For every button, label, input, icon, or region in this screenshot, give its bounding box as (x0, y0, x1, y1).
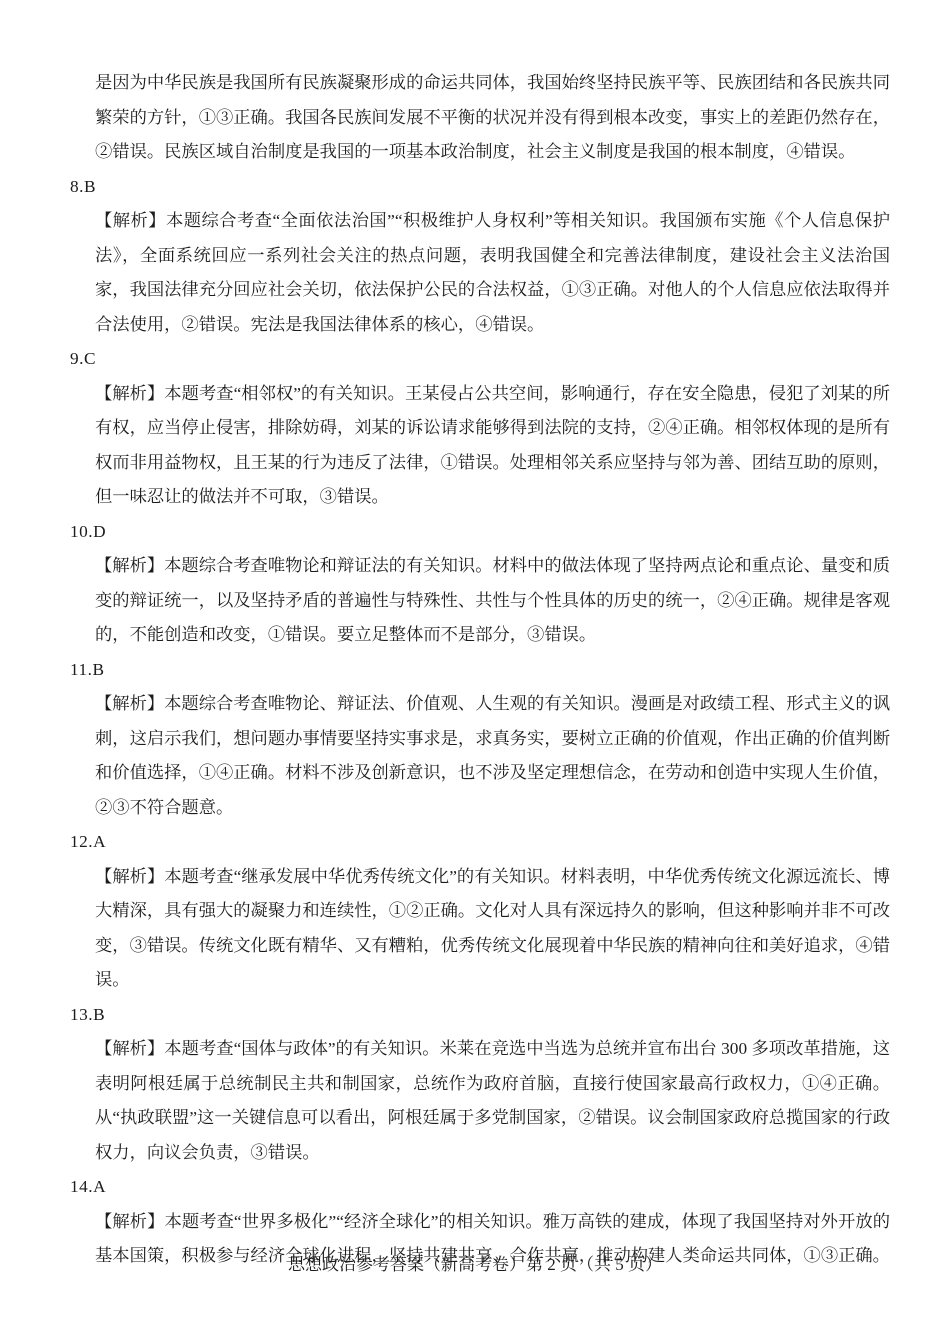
item-analysis: 【解析】本题考查“相邻权”的有关知识。王某侵占公共空间，影响通行，存在安全隐患，… (95, 377, 890, 515)
page-footer: 思想政治参考答案（新高考卷）第 2 页（共 5 页） (0, 1248, 950, 1283)
answer-key-page: 是因为中华民族是我国所有民族凝聚形成的命运共同体，我国始终坚持民族平等、民族团结… (0, 0, 950, 1344)
answer-item-8: 8.B 【解析】本题综合考查“全面依法治国”“积极维护人身权利”等相关知识。我国… (70, 170, 890, 343)
item-analysis: 【解析】本题考查“国体与政体”的有关知识。米莱在竞选中当选为总统并宣布出台 30… (95, 1032, 890, 1170)
item-number: 11.B (70, 653, 890, 688)
item-number: 10.D (70, 515, 890, 550)
item-number: 13.B (70, 998, 890, 1033)
answer-item-9: 9.C 【解析】本题考查“相邻权”的有关知识。王某侵占公共空间，影响通行，存在安… (70, 342, 890, 515)
item-number: 14.A (70, 1170, 890, 1205)
continuation-paragraph: 是因为中华民族是我国所有民族凝聚形成的命运共同体，我国始终坚持民族平等、民族团结… (95, 66, 890, 170)
answer-item-11: 11.B 【解析】本题综合考查唯物论、辩证法、价值观、人生观的有关知识。漫画是对… (70, 653, 890, 826)
page-content: 是因为中华民族是我国所有民族凝聚形成的命运共同体，我国始终坚持民族平等、民族团结… (70, 66, 890, 1274)
answer-item-10: 10.D 【解析】本题综合考查唯物论和辩证法的有关知识。材料中的做法体现了坚持两… (70, 515, 890, 653)
item-number: 12.A (70, 825, 890, 860)
item-analysis: 【解析】本题综合考查唯物论、辩证法、价值观、人生观的有关知识。漫画是对政绩工程、… (95, 687, 890, 825)
item-analysis: 【解析】本题综合考查“全面依法治国”“积极维护人身权利”等相关知识。我国颁布实施… (95, 204, 890, 342)
item-analysis: 【解析】本题综合考查唯物论和辩证法的有关知识。材料中的做法体现了坚持两点论和重点… (95, 549, 890, 653)
item-number: 8.B (70, 170, 890, 205)
item-analysis: 【解析】本题考查“继承发展中华优秀传统文化”的有关知识。材料表明，中华优秀传统文… (95, 860, 890, 998)
answer-item-13: 13.B 【解析】本题考查“国体与政体”的有关知识。米莱在竞选中当选为总统并宣布… (70, 998, 890, 1171)
answer-item-12: 12.A 【解析】本题考查“继承发展中华优秀传统文化”的有关知识。材料表明，中华… (70, 825, 890, 998)
item-number: 9.C (70, 342, 890, 377)
